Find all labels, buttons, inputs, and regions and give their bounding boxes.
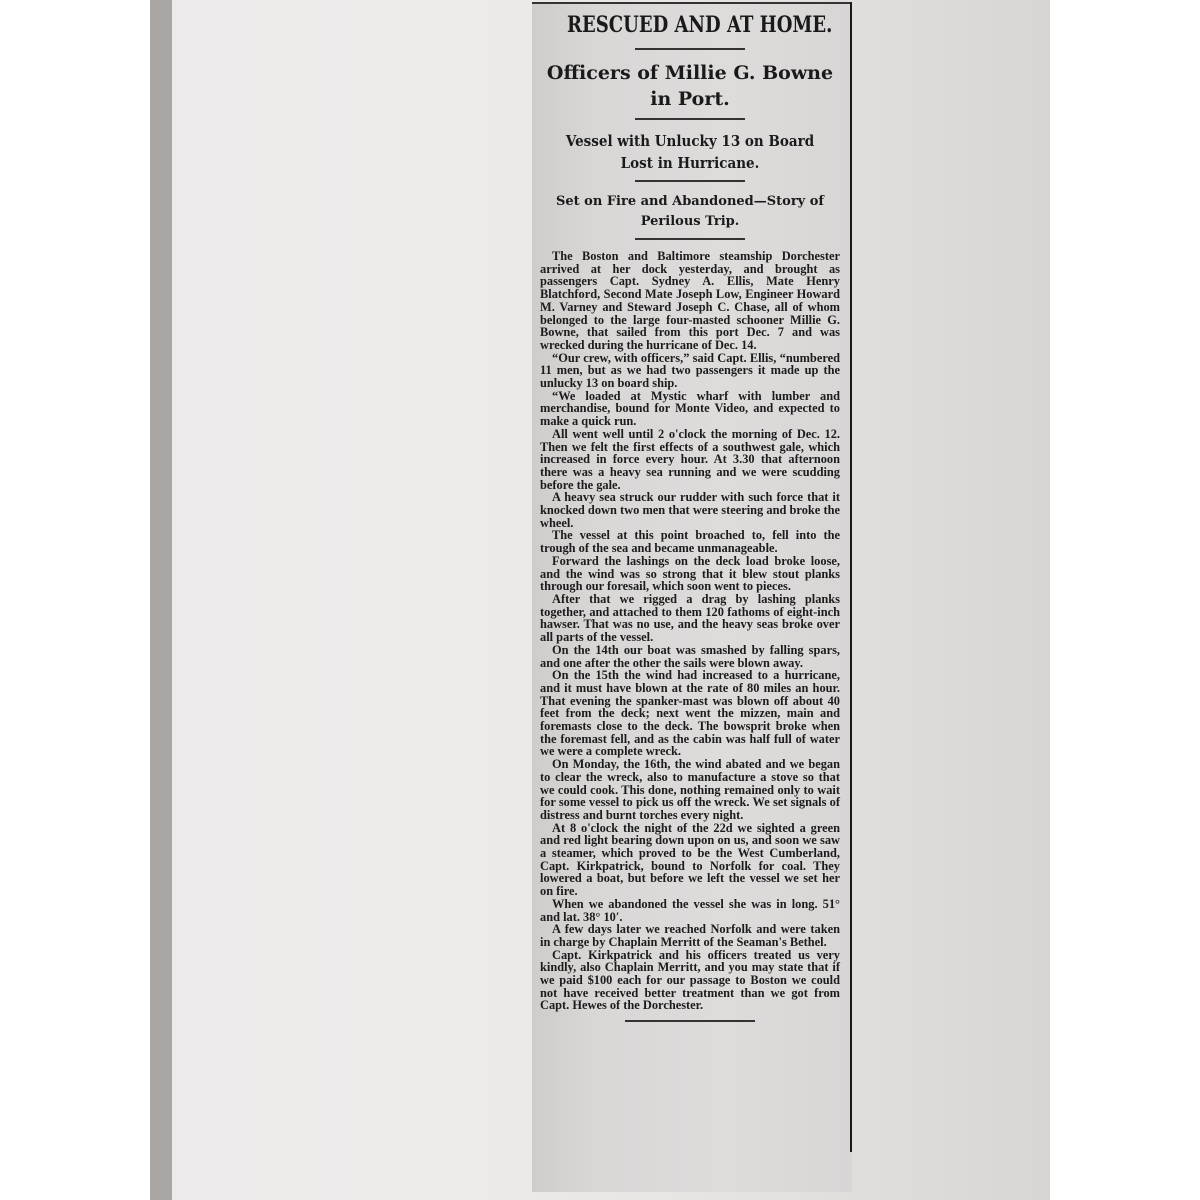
paragraph: After that we rigged a drag by lashing p… [540,593,840,644]
article: RESCUED AND AT HOME. Officers of Millie … [540,8,840,1022]
photograph: RESCUED AND AT HOME. Officers of Millie … [150,0,1050,1200]
top-rule [532,2,852,4]
divider [635,118,745,120]
divider [635,238,745,240]
paragraph: “Our crew, with officers,” said Capt. El… [540,352,840,390]
column-rule [850,2,852,1152]
paragraph: The vessel at this point broached to, fe… [540,529,840,554]
article-body: The Boston and Baltimore steamship Dorch… [540,250,840,1012]
paragraph: A few days later we reached Norfolk and … [540,923,840,948]
paragraph: On Monday, the 16th, the wind abated and… [540,758,840,822]
paragraph: A heavy sea struck our rudder with such … [540,491,840,529]
paragraph: All went well until 2 o'clock the mornin… [540,428,840,492]
paragraph: Capt. Kirkpatrick and his officers treat… [540,949,840,1013]
subheadline-2: Vessel with Unlucky 13 on Board Lost in … [555,130,825,174]
paragraph: On the 15th the wind had increased to a … [540,669,840,758]
paragraph: When we abandoned the vessel she was in … [540,898,840,923]
divider [635,180,745,182]
paragraph: At 8 o'clock the night of the 22d we sig… [540,822,840,898]
subheadline-1: Officers of Millie G. Bowne in Port. [540,60,840,112]
subheadline-3: Set on Fire and Abandoned—Story of Peril… [540,192,840,232]
paragraph: The Boston and Baltimore steamship Dorch… [540,250,840,352]
paragraph: On the 14th our boat was smashed by fall… [540,644,840,669]
paragraph: Forward the lashings on the deck load br… [540,555,840,593]
headline: RESCUED AND AT HOME. [567,12,813,38]
end-rule [625,1020,755,1022]
white-paper-sheet: RESCUED AND AT HOME. Officers of Millie … [172,0,1050,1200]
paragraph: “We loaded at Mystic wharf with lumber a… [540,390,840,428]
divider [635,48,745,50]
newspaper-clipping: RESCUED AND AT HOME. Officers of Millie … [532,2,852,1192]
